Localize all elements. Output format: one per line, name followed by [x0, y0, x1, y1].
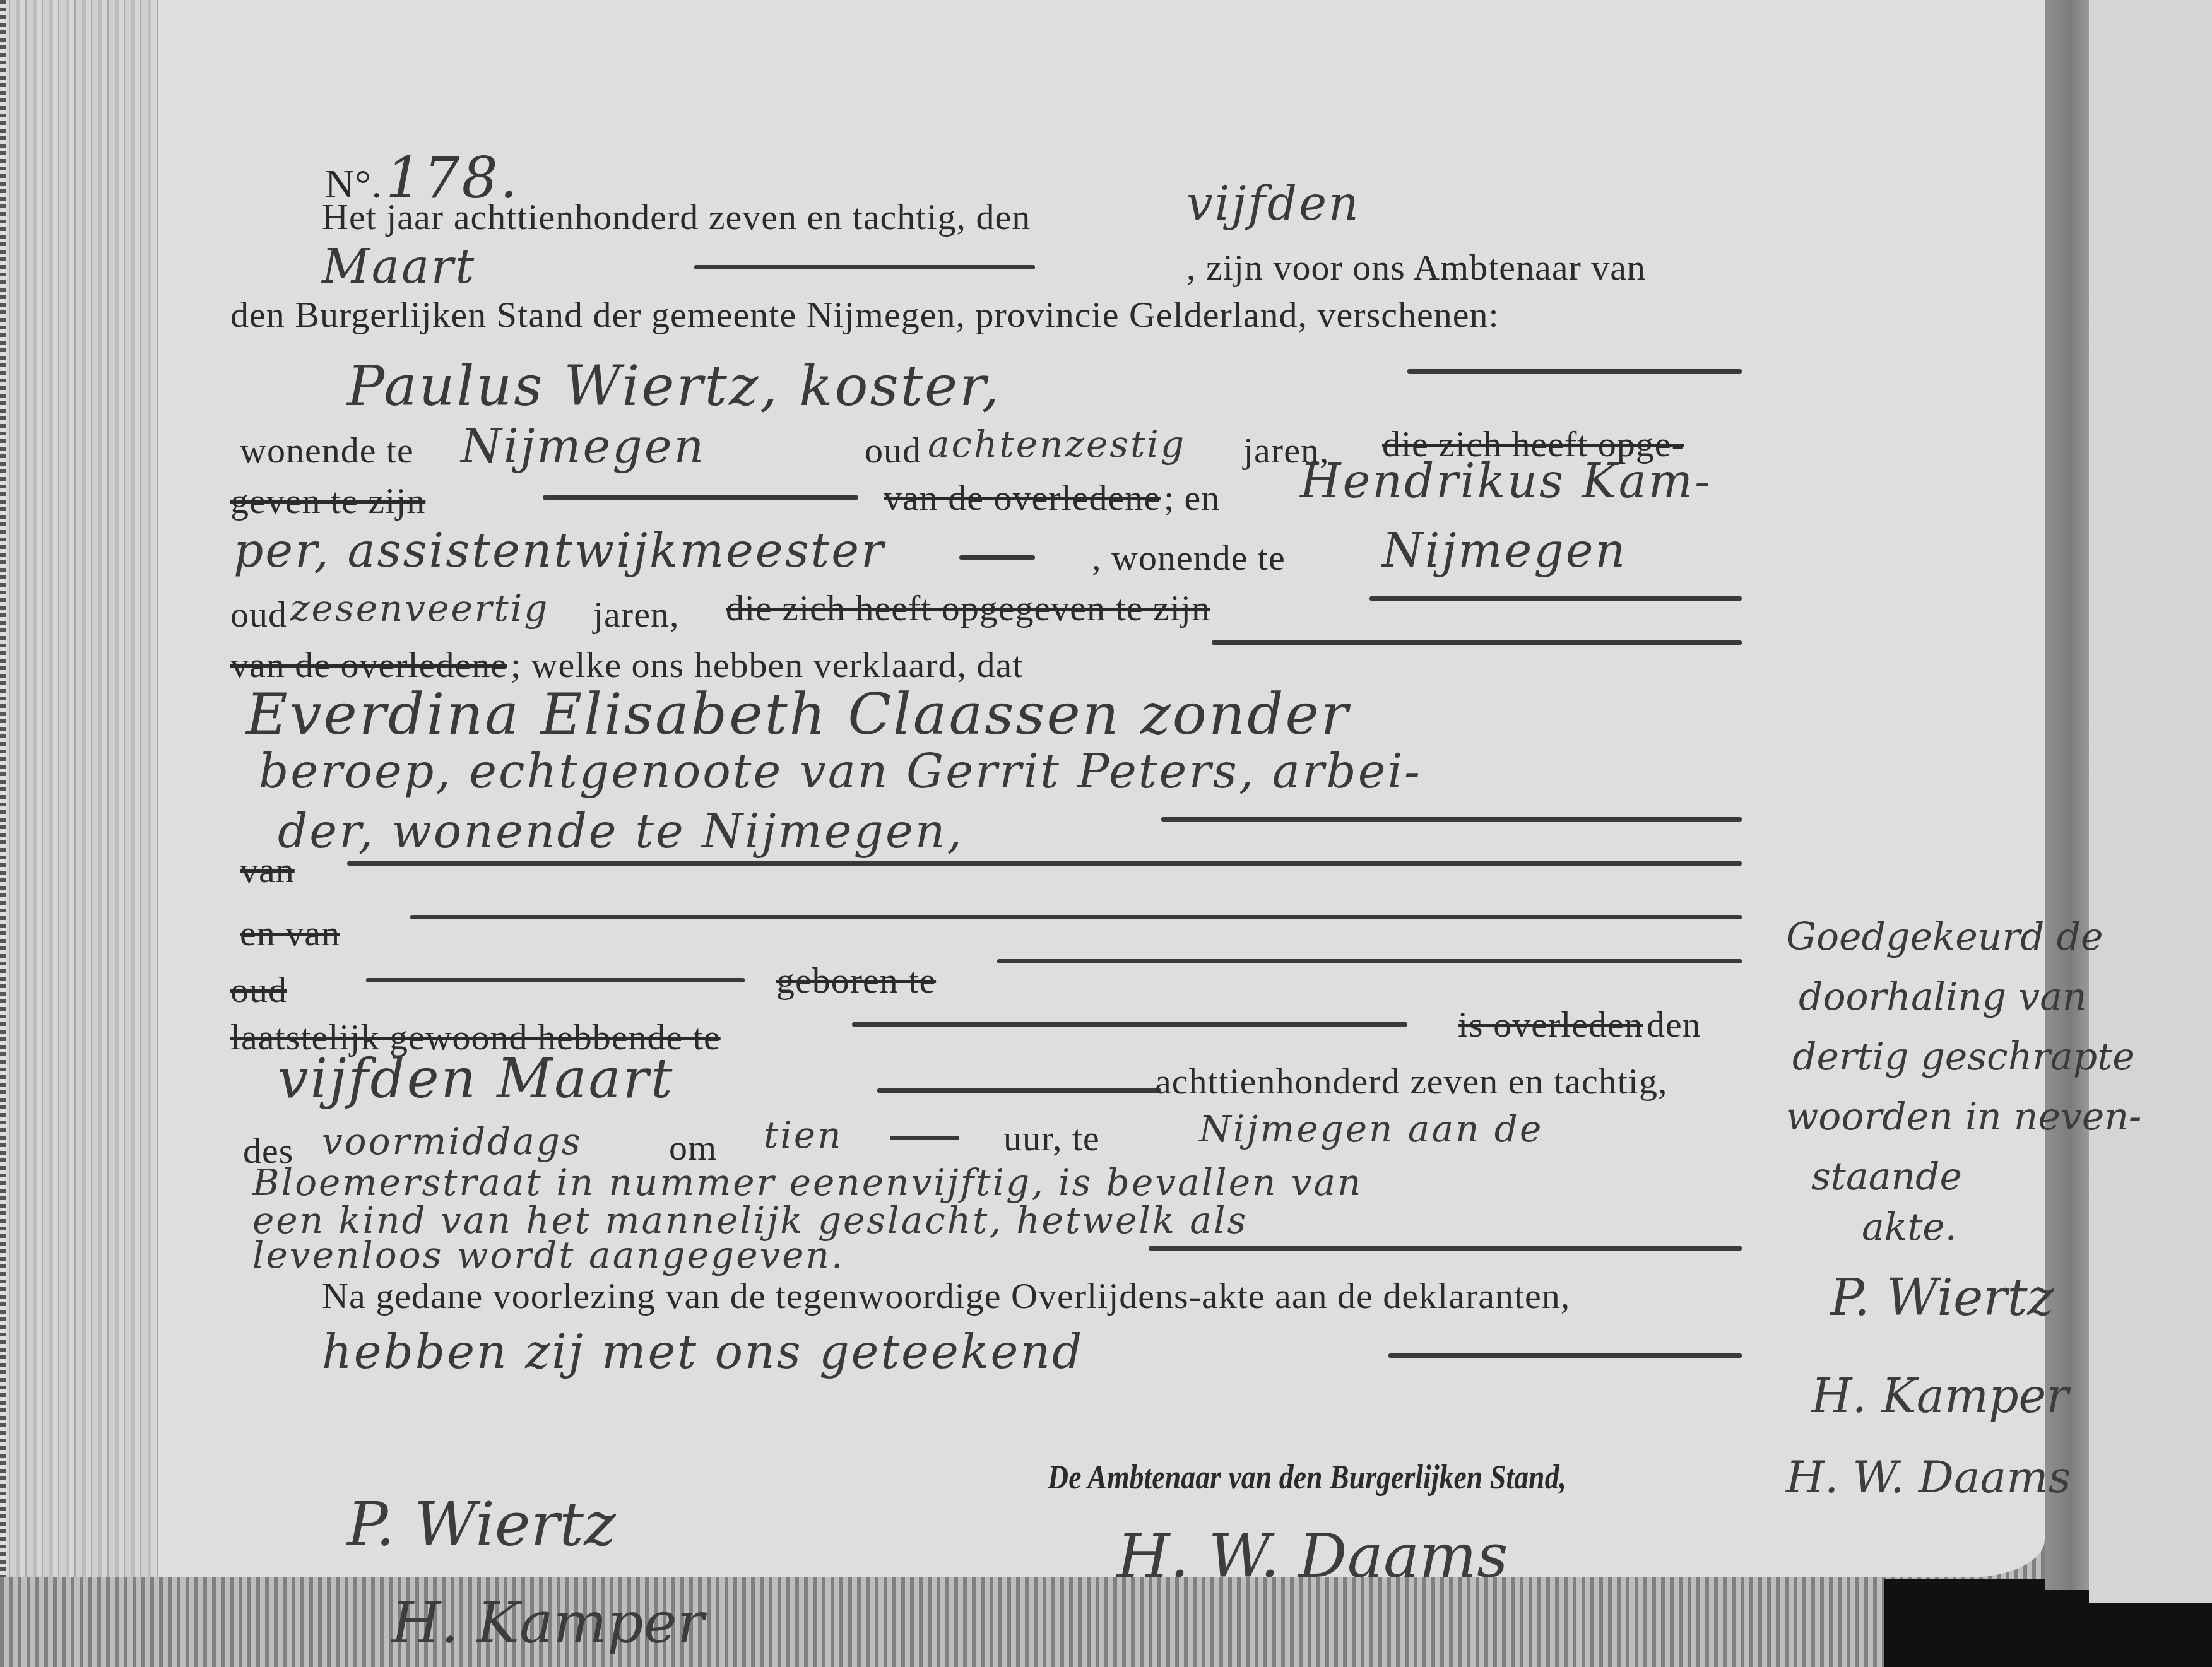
line-6: geven te zijn [230, 480, 425, 522]
line-7: , wonende te [1092, 536, 1286, 579]
fill-rule [1161, 817, 1742, 822]
declarant-2-occupation: per, assistentwijkmeester [234, 524, 885, 578]
printed-text: oud [865, 430, 921, 471]
signed-statement: hebben zij met ons geteekend [322, 1325, 1084, 1379]
fill-rule [1407, 369, 1742, 374]
book-gutter [2045, 0, 2089, 1590]
official-label: De Ambtenaar van den Burgerlijken Stand, [1048, 1458, 1566, 1497]
struck-text: die zich heeft opgegeven te zijn [726, 587, 1210, 628]
struck-text: is overleden [1458, 1004, 1643, 1045]
fill-rule [694, 265, 1035, 269]
event-description-3: levenloos wordt aangegeven. [252, 1234, 844, 1276]
fill-rule [1369, 596, 1742, 601]
printed-text: , zijn voor ons Ambtenaar van [1186, 247, 1646, 288]
struck-text: en van [240, 912, 340, 953]
printed-text: , wonende te [1092, 537, 1286, 578]
struck-text: van [240, 849, 295, 890]
printed-oud: oud [865, 429, 921, 471]
printed-text: Het jaar achttienhonderd zeven en tachti… [322, 196, 1031, 237]
age-2: zesenveertig [290, 587, 549, 630]
place-of-birth: Nijmegen aan de [1199, 1107, 1543, 1150]
fill-rule [877, 1088, 1161, 1093]
line-overleden: is overleden den [1458, 1003, 1701, 1046]
line-uur: uur, te [1003, 1117, 1100, 1159]
fill-rule [997, 959, 1742, 963]
struck-text: oud [230, 969, 287, 1010]
margin-note-line: Goedgekeurd de [1786, 915, 2103, 959]
declarant-1-name: Paulus Wiertz, koster, [347, 353, 1002, 418]
fill-rule [410, 915, 1742, 919]
line-8: oud [230, 593, 287, 635]
line-3: den Burgerlijken Stand der gemeente Nijm… [230, 293, 1499, 336]
line-reading: Na gedane voorlezing van de tegenwoordig… [322, 1275, 1570, 1317]
printed-text: ; welke ons hebben verklaard, dat [511, 644, 1024, 685]
age-1: achtenzestig [928, 423, 1186, 466]
handwritten-day: vijfden [1186, 177, 1361, 231]
margin-note-line: doorhaling van [1799, 975, 2087, 1019]
margin-signature: P. Wiertz [1830, 1268, 2054, 1327]
line-9: van de overledene ; welke ons hebben ver… [230, 644, 1023, 686]
margin-note-line: akte. [1862, 1205, 1957, 1249]
line-5: wonende te [240, 429, 414, 471]
handwritten-month: Maart [322, 240, 476, 294]
margin-note-line: dertig geschrapte [1792, 1035, 2135, 1079]
margin-note-line: staande [1811, 1155, 1962, 1199]
fill-rule [959, 555, 1035, 560]
residence-1: Nijmegen [461, 420, 706, 474]
struck-text: van de overledene [230, 644, 507, 685]
fill-rule [366, 978, 745, 982]
hour: tien [764, 1114, 843, 1157]
facing-page [2089, 0, 2212, 1603]
death-date: vijfden Maart [278, 1047, 675, 1110]
fill-rule [1212, 640, 1742, 645]
line-oud: oud [230, 969, 287, 1011]
struck-text: geven te zijn [230, 480, 425, 521]
line-6b: van de overledene ; en [884, 476, 1220, 519]
printed-text: Na gedane voorlezing van de tegenwoordig… [322, 1275, 1570, 1316]
fill-rule [347, 861, 1742, 866]
printed-jaren-2: jaren, [593, 593, 679, 635]
event-description-1: Bloemerstraat in nummer eenenvijftig, is… [252, 1161, 1363, 1204]
signature-official: H. W. Daams [1117, 1521, 1508, 1591]
book-spine-strip [0, 0, 6, 1577]
printed-text: den [1647, 1004, 1701, 1045]
printed-text: den Burgerlijken Stand der gemeente Nijm… [230, 294, 1499, 335]
printed-text: oud [230, 594, 287, 635]
register-page: N°. 178. Het jaar achttienhonderd zeven … [158, 0, 2045, 1577]
line-en-van: en van [240, 912, 340, 954]
printed-text: ; en [1164, 477, 1220, 518]
margin-signature: H. Kamper [1811, 1369, 2069, 1423]
printed-text: uur, te [1003, 1117, 1100, 1158]
fill-rule [1388, 1353, 1742, 1358]
margin-signature: H. W. Daams [1786, 1451, 2071, 1503]
fill-rule [1149, 1246, 1742, 1251]
printed-text: wonende te [240, 430, 414, 471]
struck-text: geboren te [776, 960, 936, 1001]
struck-text: van de overledene [884, 477, 1161, 518]
line-van: van [240, 849, 295, 891]
deceased-description-1: Everdina Elisabeth Claassen zonder [246, 681, 1350, 748]
line-geboren: geboren te [776, 959, 936, 1001]
line-2: , zijn voor ons Ambtenaar van [1186, 246, 1646, 288]
signature-declarant-1: P. Wiertz [347, 1489, 616, 1560]
line-year: achttienhonderd zeven en tachtig, [1155, 1060, 1667, 1102]
printed-text: achttienhonderd zeven en tachtig, [1155, 1061, 1667, 1102]
line-1: Het jaar achttienhonderd zeven en tachti… [322, 196, 1031, 238]
fill-rule [852, 1022, 1407, 1027]
declarant-2-name: Hendrikus Kam- [1300, 454, 1712, 509]
struck-text: die zich heeft opgegeven te zijn [726, 587, 1210, 629]
deceased-description-2: beroep, echtgenoote van Gerrit Peters, a… [259, 745, 1422, 799]
time-of-day: voormiddags [322, 1120, 583, 1163]
book-page-edges [0, 0, 158, 1577]
margin-note-line: woorden in neven- [1786, 1095, 2141, 1139]
deceased-description-3: der, wonende te Nijmegen, [278, 804, 964, 859]
printed-text: jaren, [593, 594, 679, 635]
fill-rule [890, 1136, 959, 1140]
fill-rule [543, 495, 858, 500]
residence-2: Nijmegen [1382, 524, 1627, 578]
signature-declarant-2: H. Kamper [391, 1590, 704, 1656]
